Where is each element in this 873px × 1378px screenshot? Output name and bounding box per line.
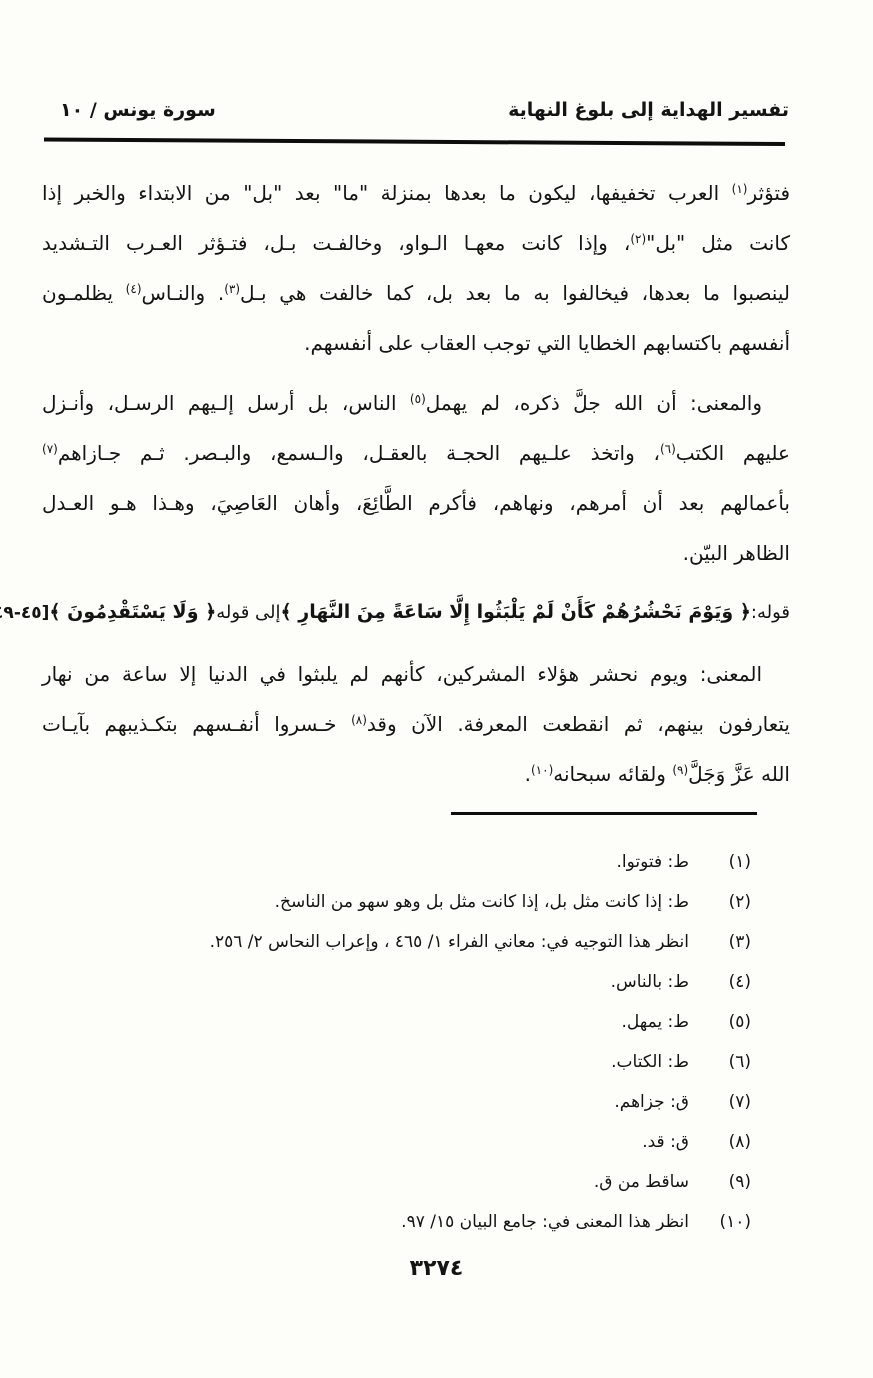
footnote-text: ط: فتوتوا. (616, 842, 701, 882)
footnote-row: (٩) ساقط من ق. (58, 1162, 751, 1202)
footnote-row: (٤) ط: بالناس. (58, 962, 751, 1002)
quran-quotation-1: ﴿ وَيَوْمَ نَحْشُرُهُمْ كَأَنْ لَمْ يَلْ… (281, 586, 751, 638)
footnote-text: ق: قد. (642, 1122, 701, 1162)
footnote-number: (٣) (701, 922, 751, 962)
footnote-row: (٣) انظر هذا التوجيه في: معاني الفراء ١/… (58, 922, 751, 962)
footnote-text: ط: الكتاب. (611, 1042, 701, 1082)
footnote-row: (١) ط: فتوتوا. (58, 842, 751, 882)
footnote-row: (٨) ق: قد. (58, 1122, 751, 1162)
text-line: يتعارفون بينهم، ثم انقطعت المعرفة. الآن … (42, 699, 790, 749)
text-line: والمعنى: أن الله جلَّ ذكره، لم يهمل(٥) ا… (42, 378, 790, 428)
footnote-text: انظر هذا المعنى في: جامع البيان ١٥/ ٩٧. (401, 1202, 701, 1242)
footnote-number: (٢) (701, 882, 751, 922)
page-number: ٣٢٧٤ (0, 1256, 873, 1281)
verse-connector-label: إلى قوله (216, 587, 280, 639)
quran-verse-line: قوله: ﴿ وَيَوْمَ نَحْشُرُهُمْ كَأَنْ لَم… (42, 586, 790, 639)
footnote-number: (٥) (701, 1002, 751, 1042)
header-rule (44, 137, 785, 146)
footnote-text: ط: إذا كانت مثل بل، إذا كانت مثل بل وهو … (275, 882, 701, 922)
ayah-range: [٤٥-٤٩] (0, 587, 49, 639)
book-title: تفسير الهداية إلى بلوغ النهاية (508, 99, 789, 121)
footnote-text: ط: يمهل. (621, 1002, 701, 1042)
footnote-number: (٤) (701, 962, 751, 1002)
footnote-row: (٧) ق: جزاهم. (58, 1082, 751, 1122)
footnote-row: (٥) ط: يمهل. (58, 1002, 751, 1042)
verse-intro-label: قوله: (751, 587, 790, 639)
paragraph-meaning-1: والمعنى: أن الله جلَّ ذكره، لم يهمل(٥) ا… (42, 378, 790, 578)
text-line: الظاهر البيّن. (42, 528, 790, 578)
footnote-number: (١) (701, 842, 751, 882)
text-line: فتؤثر(١) العرب تخفيفها، ليكون ما بعدها ب… (42, 168, 790, 218)
footnote-text: ق: جزاهم. (614, 1082, 701, 1122)
footnote-text: ساقط من ق. (594, 1162, 701, 1202)
text-line: عليهم الكتب(٦)، واتخذ علـيهم الحجـة بالع… (42, 428, 790, 478)
running-header: تفسير الهداية إلى بلوغ النهاية سورة يونس… (60, 99, 789, 121)
footnote-number: (٧) (701, 1082, 751, 1122)
surah-page-label: سورة يونس / ١٠ (60, 99, 216, 121)
footnote-text: ط: بالناس. (611, 962, 701, 1002)
footnote-number: (١٠) (701, 1202, 751, 1242)
footnote-number: (٨) (701, 1122, 751, 1162)
footnote-text: انظر هذا التوجيه في: معاني الفراء ١/ ٤٦٥… (210, 922, 701, 962)
footnotes-block: (١) ط: فتوتوا. (٢) ط: إذا كانت مثل بل، إ… (58, 842, 751, 1242)
footnote-number: (٦) (701, 1042, 751, 1082)
text-line: بأعمالهم بعد أن أمرهم، ونهاهم، فأكرم الط… (42, 478, 790, 528)
footnote-row: (١٠) انظر هذا المعنى في: جامع البيان ١٥/… (58, 1202, 751, 1242)
footnote-row: (٢) ط: إذا كانت مثل بل، إذا كانت مثل بل … (58, 882, 751, 922)
paragraph-meaning-2: المعنى: ويوم نحشر هؤلاء المشركين، كأنهم … (42, 649, 790, 799)
text-line: لينصبوا ما بعدها، فيخالفوا به ما بعد بل،… (42, 268, 790, 318)
footnote-row: (٦) ط: الكتاب. (58, 1042, 751, 1082)
text-line: الله عَزَّ وَجَلَّ(٩) ولقائه سبحانه(١٠). (42, 749, 790, 799)
footnote-number: (٩) (701, 1162, 751, 1202)
text-line: أنفسهم باكتسابهم الخطايا التي توجب العقا… (42, 318, 790, 368)
paragraph-grammar: فتؤثر(١) العرب تخفيفها، ليكون ما بعدها ب… (42, 168, 790, 368)
text-line: المعنى: ويوم نحشر هؤلاء المشركين، كأنهم … (42, 649, 790, 699)
text-line: كانت مثل "بل"(٢)، وإذا كانت معهـا الـواو… (42, 218, 790, 268)
main-text: فتؤثر(١) العرب تخفيفها، ليكون ما بعدها ب… (42, 168, 790, 799)
footnote-separator (451, 812, 757, 815)
book-page: تفسير الهداية إلى بلوغ النهاية سورة يونس… (0, 0, 873, 1378)
quran-quotation-2: ﴿ وَلَا يَسْتَقْدِمُونَ ﴾ (49, 586, 216, 638)
